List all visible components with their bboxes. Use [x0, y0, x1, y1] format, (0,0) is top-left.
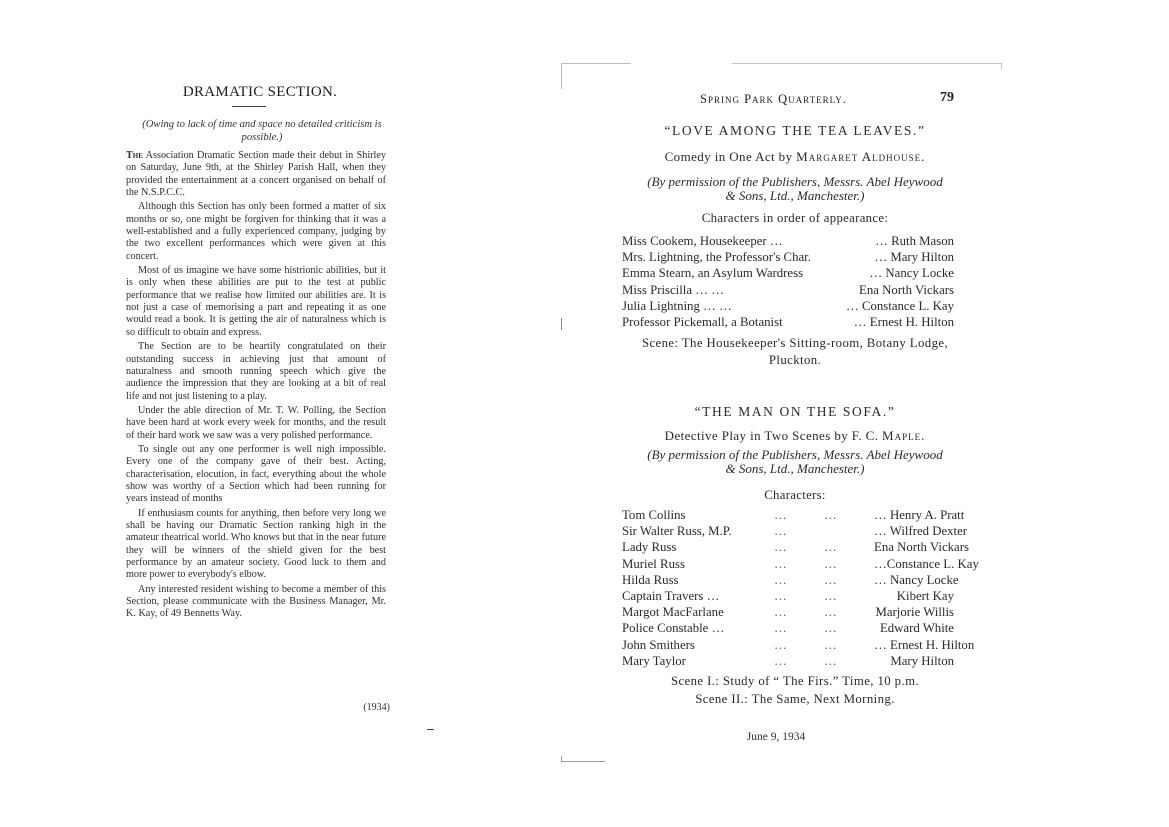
article-paragraph: The Association Dramatic Section made th… — [126, 150, 386, 199]
crop-line — [561, 63, 631, 64]
article-paragraph: Although this Section has only been form… — [126, 201, 386, 263]
actor-name: Marjorie Willis — [874, 604, 954, 620]
leader-dots: … — [774, 588, 824, 604]
cast-row: Tom Collins……… Henry A. Pratt — [622, 507, 954, 523]
running-head: Spring Park Quarterly. — [700, 92, 847, 107]
leader-dots: … — [824, 539, 874, 555]
play-subtitle: Detective Play in Two Scenes by F. C. Ma… — [612, 428, 978, 444]
leader-dots: … — [824, 620, 874, 636]
actor-name: … Nancy Locke — [874, 572, 959, 588]
play-genre: Comedy in One Act by — [665, 149, 797, 164]
actor-name: … Henry A. Pratt — [874, 507, 964, 523]
leader-dots: … — [824, 637, 874, 653]
cast-row: Sir Walter Russ, M.P.…… Wilfred Dexter — [622, 523, 954, 539]
paragraph-text: Association Dramatic Section made their … — [126, 150, 386, 198]
scene-description: Scene: The Housekeeper's Sitting-room, B… — [612, 335, 978, 369]
leader-dots: … — [824, 604, 874, 620]
crop-line — [561, 761, 605, 762]
article-paragraph: To single out any one performer is well … — [126, 444, 386, 506]
cast-row: Miss Cookem, Housekeeper …… Ruth Mason — [622, 233, 954, 249]
characters-heading: Characters: — [612, 488, 978, 503]
cast-row: Emma Stearn, an Asylum Wardress… Nancy L… — [622, 265, 954, 281]
cast-row: Professor Pickemall, a Botanist… Ernest … — [622, 314, 954, 330]
play-subtitle: Comedy in One Act by Margaret Aldhouse. — [612, 149, 978, 165]
crop-line — [561, 63, 562, 89]
play-author: Maple. — [882, 428, 925, 443]
right-page-footer: June 9, 1934 — [612, 731, 940, 743]
character-name: Muriel Russ — [622, 556, 774, 572]
actor-name: … Ruth Mason — [875, 233, 954, 249]
character-name: Emma Stearn, an Asylum Wardress — [622, 265, 803, 281]
leader-dots: … — [774, 523, 824, 539]
crop-line — [1001, 63, 1002, 69]
scan-mark — [427, 729, 434, 730]
character-name: Sir Walter Russ, M.P. — [622, 523, 774, 539]
crop-line — [561, 318, 562, 330]
leader-dots — [824, 523, 874, 539]
crop-line — [561, 756, 562, 762]
leader-dots: … — [774, 572, 824, 588]
character-name: Julia Lightning … … — [622, 298, 732, 314]
actor-name: Edward White — [874, 620, 954, 636]
play-author: Margaret Aldhouse. — [796, 149, 925, 164]
play-genre: Detective Play in Two Scenes by F. C. — [665, 428, 882, 443]
actor-name: Ena North Vickars — [874, 539, 969, 555]
character-name: Miss Priscilla … … — [622, 282, 724, 298]
left-page-footer: (1934) — [340, 702, 390, 713]
cast-row: Miss Priscilla … …Ena North Vickars — [622, 282, 954, 298]
section-title: DRAMATIC SECTION. — [120, 84, 400, 101]
leader-dots: … — [774, 604, 824, 620]
scene-two: Scene II.: The Same, Next Morning. — [612, 691, 978, 708]
character-name: John Smithers — [622, 637, 774, 653]
leader-dots: … — [824, 572, 874, 588]
article-paragraph: The Section are to be heartily congratul… — [126, 341, 386, 403]
actor-name: …Constance L. Kay — [874, 556, 979, 572]
characters-heading: Characters in order of appearance: — [612, 211, 978, 226]
cast-row: Muriel Russ………Constance L. Kay — [622, 556, 954, 572]
leader-dots: … — [774, 637, 824, 653]
article-paragraph: Most of us imagine we have some histrion… — [126, 265, 386, 339]
character-name: Lady Russ — [622, 539, 774, 555]
cast-row: Hilda Russ……… Nancy Locke — [622, 572, 954, 588]
leader-dots: … — [774, 507, 824, 523]
actor-name: Kibert Kay — [874, 588, 954, 604]
cast-row: Captain Travers ………Kibert Kay — [622, 588, 954, 604]
cast-row: John Smithers……… Ernest H. Hilton — [622, 637, 954, 653]
leader-dots: … — [774, 539, 824, 555]
cast-row: Mrs. Lightning, the Professor's Char.… M… — [622, 249, 954, 265]
character-name: Professor Pickemall, a Botanist — [622, 314, 783, 330]
permission-note: (By permission of the Publishers, Messrs… — [612, 448, 978, 476]
cast-row: Mary Taylor……Mary Hilton — [622, 653, 954, 669]
character-name: Captain Travers … — [622, 588, 774, 604]
actor-name: Mary Hilton — [874, 653, 954, 669]
page-number: 79 — [940, 90, 954, 106]
character-name: Hilda Russ — [622, 572, 774, 588]
article-body: The Association Dramatic Section made th… — [126, 150, 386, 623]
article-paragraph: Under the able direction of Mr. T. W. Po… — [126, 405, 386, 442]
permission-note: (By permission of the Publishers, Messrs… — [612, 175, 978, 203]
cast-list: Miss Cookem, Housekeeper …… Ruth MasonMr… — [622, 233, 954, 330]
leader-dots: … — [774, 653, 824, 669]
leader-dots: … — [824, 507, 874, 523]
leader-dots: … — [774, 556, 824, 572]
cast-row: Police Constable ………Edward White — [622, 620, 954, 636]
actor-name: … Nancy Locke — [869, 265, 954, 281]
actor-name: … Ernest H. Hilton — [874, 637, 974, 653]
leader-dots: … — [774, 620, 824, 636]
leader-dots: … — [824, 556, 874, 572]
character-name: Margot MacFarlane — [622, 604, 774, 620]
lead-word: The — [126, 150, 143, 161]
character-name: Mary Taylor — [622, 653, 774, 669]
cast-row: Lady Russ……Ena North Vickars — [622, 539, 954, 555]
character-name: Police Constable … — [622, 620, 774, 636]
crop-line — [732, 63, 1002, 64]
actor-name: … Constance L. Kay — [846, 298, 954, 314]
article-paragraph: Any interested resident wishing to becom… — [126, 584, 386, 621]
title-rule — [232, 106, 266, 107]
cast-list: Tom Collins……… Henry A. PrattSir Walter … — [622, 507, 954, 669]
actor-name: … Wilfred Dexter — [874, 523, 967, 539]
article-paragraph: If enthusiasm counts for anything, then … — [126, 508, 386, 582]
character-name: Miss Cookem, Housekeeper … — [622, 233, 783, 249]
character-name: Mrs. Lightning, the Professor's Char. — [622, 249, 811, 265]
leader-dots: … — [824, 653, 874, 669]
play-title: “LOVE AMONG THE TEA LEAVES.” — [612, 123, 978, 139]
cast-row: Julia Lightning … …… Constance L. Kay — [622, 298, 954, 314]
cast-row: Margot MacFarlane……Marjorie Willis — [622, 604, 954, 620]
play-title: “THE MAN ON THE SOFA.” — [612, 404, 978, 420]
leader-dots: … — [824, 588, 874, 604]
actor-name: … Mary Hilton — [874, 249, 954, 265]
scene-one: Scene I.: Study of “ The Firs.” Time, 10… — [612, 673, 978, 690]
actor-name: Ena North Vickars — [859, 282, 954, 298]
character-name: Tom Collins — [622, 507, 774, 523]
actor-name: … Ernest H. Hilton — [854, 314, 954, 330]
editorial-note: (Owing to lack of time and space no deta… — [128, 118, 396, 144]
